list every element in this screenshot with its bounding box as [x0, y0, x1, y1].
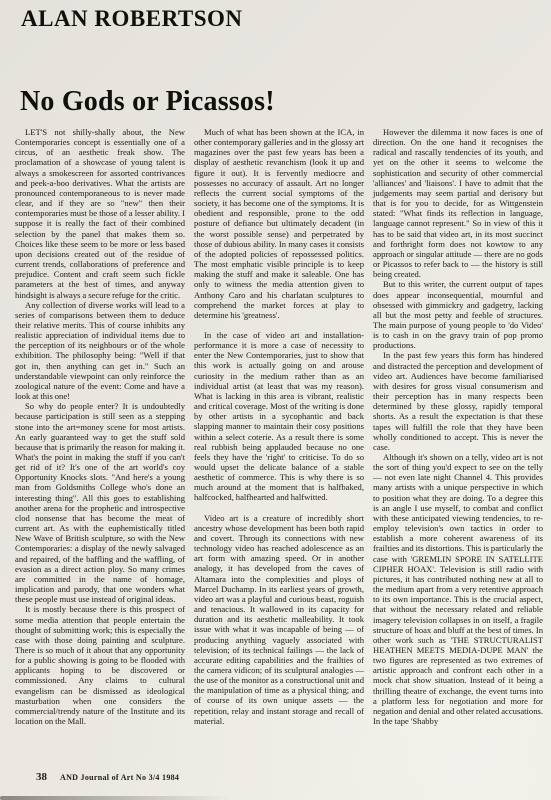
paragraph: Video art is a creature of incredibly sh… [194, 513, 364, 726]
text-column-2: Much of what has been shown at the ICA, … [194, 127, 364, 787]
journal-page: ALAN ROBERTSON No Gods or Picassos! LET'… [0, 0, 551, 800]
paragraph: It is mostly because there is this prosp… [15, 604, 185, 726]
paragraph: LET'S not shilly-shally about, the New C… [15, 127, 185, 300]
page-number: 38 [36, 771, 47, 783]
paragraph: Although it's shown on a telly, video ar… [373, 452, 543, 726]
paragraph: In the past few years this form has hind… [373, 350, 543, 452]
text-column-3: However the dilemma it now faces is one … [373, 127, 543, 787]
author-name: ALAN ROBERTSON [21, 6, 243, 32]
journal-imprint: AND Journal of Art No 3/4 1984 [60, 773, 179, 782]
article-body: LET'S not shilly-shally about, the New C… [15, 127, 543, 787]
paragraph: But to this writer, the current output o… [373, 279, 543, 350]
article-title: No Gods or Picassos! [20, 86, 275, 118]
paragraph: So why do people enter? It is undoubtedl… [15, 401, 185, 604]
text-column-1: LET'S not shilly-shally about, the New C… [15, 127, 185, 787]
paragraph: Any collection of diverse works will lea… [15, 300, 185, 402]
page-footer: 38 AND Journal of Art No 3/4 1984 [36, 771, 179, 783]
paragraph: Much of what has been shown at the ICA, … [194, 127, 364, 320]
paragraph: In the case of video art and installatio… [194, 330, 364, 503]
paragraph: However the dilemma it now faces is one … [373, 127, 543, 279]
